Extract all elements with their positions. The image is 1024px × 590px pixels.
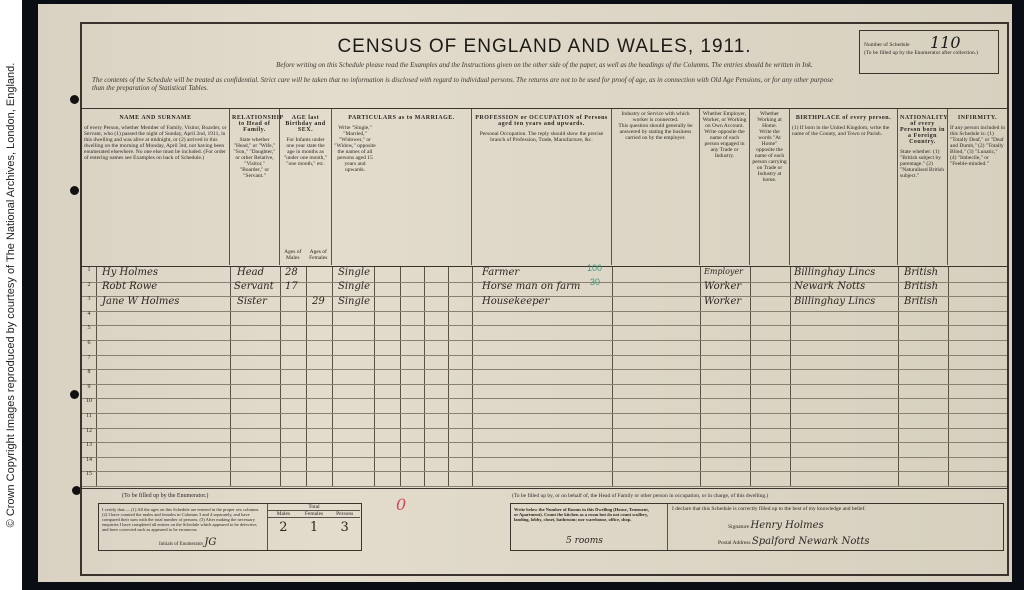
- person-marriage: Single: [338, 267, 370, 278]
- person-name: Robt Rowe: [102, 281, 157, 292]
- person-name: Jane W Holmes: [102, 296, 179, 307]
- schedule-number-box: Number of Schedule 110 (To be filled up …: [859, 30, 999, 74]
- copyright-credit: © Crown Copyright Images reproduced by c…: [0, 0, 22, 590]
- header-industry: Industry or Service with which worker is…: [612, 109, 700, 265]
- header-marriage: PARTICULARS as to MARRIAGE.Write "Single…: [332, 109, 472, 265]
- header-infirmity: INFIRMITY.If any person included in this…: [948, 109, 1007, 265]
- person-age-male: 28: [285, 267, 298, 278]
- head-heading: (To be filled up by, or on behalf of, th…: [512, 493, 768, 499]
- person-employment: Employer: [704, 267, 743, 276]
- person-nationality: British: [904, 281, 938, 292]
- head-box: Write below the Number of Rooms in this …: [510, 503, 1004, 551]
- person-occupation: Horse man on farm: [482, 281, 580, 292]
- header-at-home: Whether Working at Home.Write the words …: [750, 109, 790, 265]
- rooms-instruction: Write below the Number of Rooms in this …: [514, 507, 654, 522]
- total-males: 2: [268, 520, 299, 535]
- person-relationship: Head: [237, 267, 264, 278]
- person-employment: Worker: [704, 296, 741, 307]
- schedule-number: 110: [930, 33, 961, 52]
- person-occupation: Housekeeper: [482, 296, 549, 307]
- punch-hole: [70, 95, 79, 104]
- person-age-male: 17: [285, 281, 298, 292]
- schedule-note: (To be filled up by the Enumerator after…: [864, 50, 994, 56]
- punch-hole: [70, 390, 79, 399]
- header-name: NAME AND SURNAMEof every Person, whether…: [82, 109, 230, 265]
- punch-hole: [70, 186, 79, 195]
- enumerator-box: I certify that:— (1) All the ages on thi…: [98, 503, 362, 551]
- person-nationality: British: [904, 267, 938, 278]
- total-persons: 3: [329, 520, 360, 535]
- total-females: 1: [299, 520, 330, 535]
- person-occupation: Farmer: [482, 267, 519, 278]
- declaration: I declare that this Schedule is correctl…: [672, 506, 999, 512]
- header-occupation: PROFESSION or OCCUPATION of Persons aged…: [472, 109, 612, 265]
- person-birthplace: Billinghay Lincs: [794, 267, 875, 278]
- enumerator-heading: (To be filled up by the Enumerator.): [122, 493, 208, 499]
- column-headers: NAME AND SURNAMEof every Person, whether…: [82, 108, 1007, 265]
- person-nationality: British: [904, 296, 938, 307]
- person-relationship: Servant: [234, 281, 274, 292]
- enumerator-initials: JG: [204, 537, 216, 548]
- person-marriage: Single: [338, 281, 370, 292]
- header-relationship: RELATIONSHIP to Head of Family.State whe…: [230, 109, 280, 265]
- header-nationality: NATIONALITY of every Person born in a Fo…: [898, 109, 948, 265]
- person-name: Hy Holmes: [102, 267, 158, 278]
- header-employer: Whether Employer, Worker, or Working on …: [700, 109, 750, 265]
- postal-address: Spalford Newark Notts: [752, 536, 870, 547]
- form-footer: (To be filled up by the Enumerator.) I c…: [82, 488, 1007, 577]
- person-employment: Worker: [704, 281, 741, 292]
- person-relationship: Sister: [237, 296, 267, 307]
- instruction-line-2: The contents of the Schedule will be tre…: [82, 76, 1007, 92]
- header-birthplace: BIRTHPLACE of every person.(1) If born i…: [790, 109, 898, 265]
- census-form: CENSUS OF ENGLAND AND WALES, 1911. Befor…: [80, 22, 1009, 576]
- occupation-code: 30: [590, 277, 600, 287]
- person-marriage: Single: [338, 296, 370, 307]
- occupation-code: 100: [587, 263, 602, 273]
- enumerator-certification: I certify that:— (1) All the ages on thi…: [102, 507, 262, 532]
- person-birthplace: Newark Notts: [794, 281, 865, 292]
- signature: Henry Holmes: [750, 520, 823, 531]
- schedule-label: Number of Schedule: [864, 42, 994, 48]
- red-mark: 0: [396, 495, 406, 514]
- person-rows: 1 2 3 4 5 6 7 8 9 10 11 12 13 14 15 Hy H…: [82, 266, 1007, 487]
- person-age-female: 29: [312, 296, 325, 307]
- person-birthplace: Billinghay Lincs: [794, 296, 875, 307]
- rooms-count: 5 rooms: [566, 536, 603, 546]
- header-age: AGE last Birthday and SEX.For Infants un…: [280, 109, 332, 265]
